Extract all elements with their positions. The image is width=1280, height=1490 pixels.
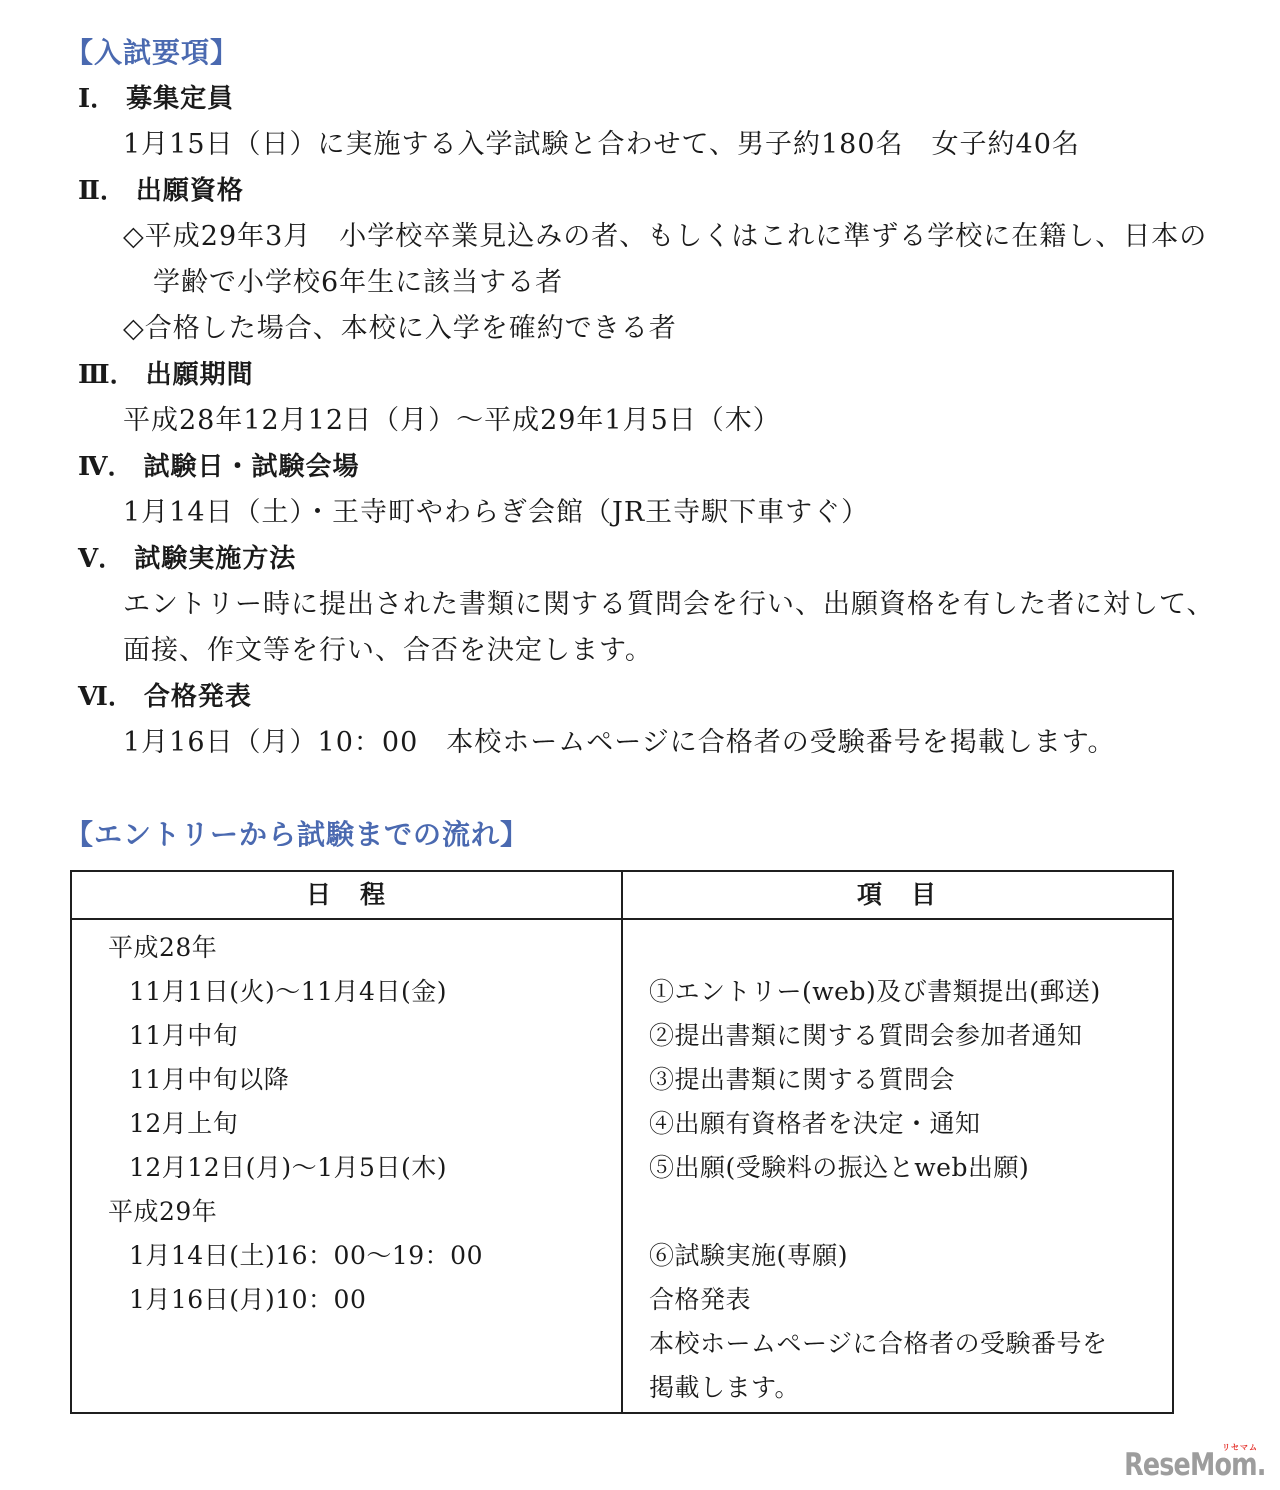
section-title-text: 合格発表 xyxy=(144,682,252,712)
schedule-line-mid-nov: 11月中旬 xyxy=(72,1014,621,1058)
schedule-line-early-dec: 12月上旬 xyxy=(72,1102,621,1146)
section-recruitment-quota-title: Ⅰ．募集定員 xyxy=(65,76,1195,122)
resemom-logo-text: ReseMom. xyxy=(1124,1447,1266,1483)
item-line-results-detail: 本校ホームページに合格者の受験番号を xyxy=(649,1322,1172,1366)
section-eligibility-title: Ⅱ．出願資格 xyxy=(65,168,1195,214)
item-line-blank-2 xyxy=(649,1190,1172,1234)
schedule-line-entry-period: 11月1日(火)～11月4日(金) xyxy=(72,970,621,1014)
items-column-header: 項 目 xyxy=(623,872,1172,918)
flow-table-header-row: 日 程 項 目 xyxy=(72,872,1172,920)
section-results-title: Ⅵ．合格発表 xyxy=(65,674,1195,720)
section-application-period-title: Ⅲ．出願期間 xyxy=(65,352,1195,398)
exam-method-line-2: 面接、作文等を行い、合否を決定します。 xyxy=(65,628,1195,674)
exam-method-line-1: エントリー時に提出された書類に関する質問会を行い、出願資格を有した者に対して、 xyxy=(65,582,1195,628)
recruitment-quota-line: 1月15日（日）に実施する入学試験と合わせて、男子約180名 女子約40名 xyxy=(65,122,1195,168)
schedule-column-header: 日 程 xyxy=(72,872,623,918)
section-title-text: 試験日・試験会場 xyxy=(144,452,360,482)
section-numeral: Ⅳ． xyxy=(78,452,134,482)
admission-document: 【入試要項】 Ⅰ．募集定員 1月15日（日）に実施する入学試験と合わせて、男子約… xyxy=(65,30,1195,1414)
section-exam-date-venue-title: Ⅳ．試験日・試験会場 xyxy=(65,444,1195,490)
schedule-line-after-mid-nov: 11月中旬以降 xyxy=(72,1058,621,1102)
section-numeral: Ⅴ． xyxy=(78,544,124,574)
flow-table: 日 程 項 目 平成28年 11月1日(火)～11月4日(金) 11月中旬 11… xyxy=(70,870,1174,1414)
item-line-blank xyxy=(649,926,1172,970)
section-title-text: 募集定員 xyxy=(126,84,234,114)
flow-heading: 【エントリーから試験までの流れ】 xyxy=(65,812,1195,858)
item-line-qa-session: ③提出書類に関する質問会 xyxy=(649,1058,1172,1102)
item-line-qualification-notice: ④出願有資格者を決定・通知 xyxy=(649,1102,1172,1146)
section-exam-method-title: Ⅴ．試験実施方法 xyxy=(65,536,1195,582)
admission-guidelines-heading: 【入試要項】 xyxy=(65,30,1195,76)
exam-date-venue-line: 1月14日（土）・王寺町やわらぎ会館（JR王寺駅下車すぐ） xyxy=(65,490,1195,536)
flow-table-body-row: 平成28年 11月1日(火)～11月4日(金) 11月中旬 11月中旬以降 12… xyxy=(72,920,1172,1412)
item-line-results-detail-2: 掲載します。 xyxy=(649,1366,1172,1410)
schedule-cell: 平成28年 11月1日(火)～11月4日(金) 11月中旬 11月中旬以降 12… xyxy=(72,920,623,1412)
section-numeral: Ⅱ． xyxy=(78,176,126,206)
section-numeral: Ⅲ． xyxy=(78,360,136,390)
section-title-text: 出願期間 xyxy=(146,360,254,390)
section-numeral: Ⅰ． xyxy=(78,84,116,114)
results-line: 1月16日（月）10：00 本校ホームページに合格者の受験番号を掲載します。 xyxy=(65,720,1195,766)
schedule-line-year-h28: 平成28年 xyxy=(72,926,621,970)
schedule-line-year-h29: 平成29年 xyxy=(72,1190,621,1234)
section-title-text: 試験実施方法 xyxy=(134,544,296,574)
resemom-logo: リセマム ReseMom. xyxy=(1093,1447,1266,1487)
schedule-line-application-period: 12月12日(月)～1月5日(木) xyxy=(72,1146,621,1190)
item-line-application: ⑤出願(受験料の振込とweb出願) xyxy=(649,1146,1172,1190)
schedule-line-exam-day: 1月14日(土)16：00～19：00 xyxy=(72,1234,621,1278)
item-line-exam: ⑥試験実施(専願) xyxy=(649,1234,1172,1278)
section-numeral: Ⅵ． xyxy=(78,682,134,712)
schedule-line-results-day: 1月16日(月)10：00 xyxy=(72,1278,621,1322)
item-line-qa-notice: ②提出書類に関する質問会参加者通知 xyxy=(649,1014,1172,1058)
application-period-line: 平成28年12月12日（月）～平成29年1月5日（木） xyxy=(65,398,1195,444)
eligibility-line-1: ◇平成29年3月 小学校卒業見込みの者、もしくはこれに準ずる学校に在籍し、日本の xyxy=(65,214,1195,260)
eligibility-line-2: 学齢で小学校6年生に該当する者 xyxy=(65,260,1195,306)
item-line-results: 合格発表 xyxy=(649,1278,1172,1322)
eligibility-line-3: ◇合格した場合、本校に入学を確約できる者 xyxy=(65,306,1195,352)
item-line-entry: ①エントリー(web)及び書類提出(郵送) xyxy=(649,970,1172,1014)
items-cell: ①エントリー(web)及び書類提出(郵送) ②提出書類に関する質問会参加者通知 … xyxy=(623,920,1172,1412)
section-title-text: 出願資格 xyxy=(136,176,244,206)
